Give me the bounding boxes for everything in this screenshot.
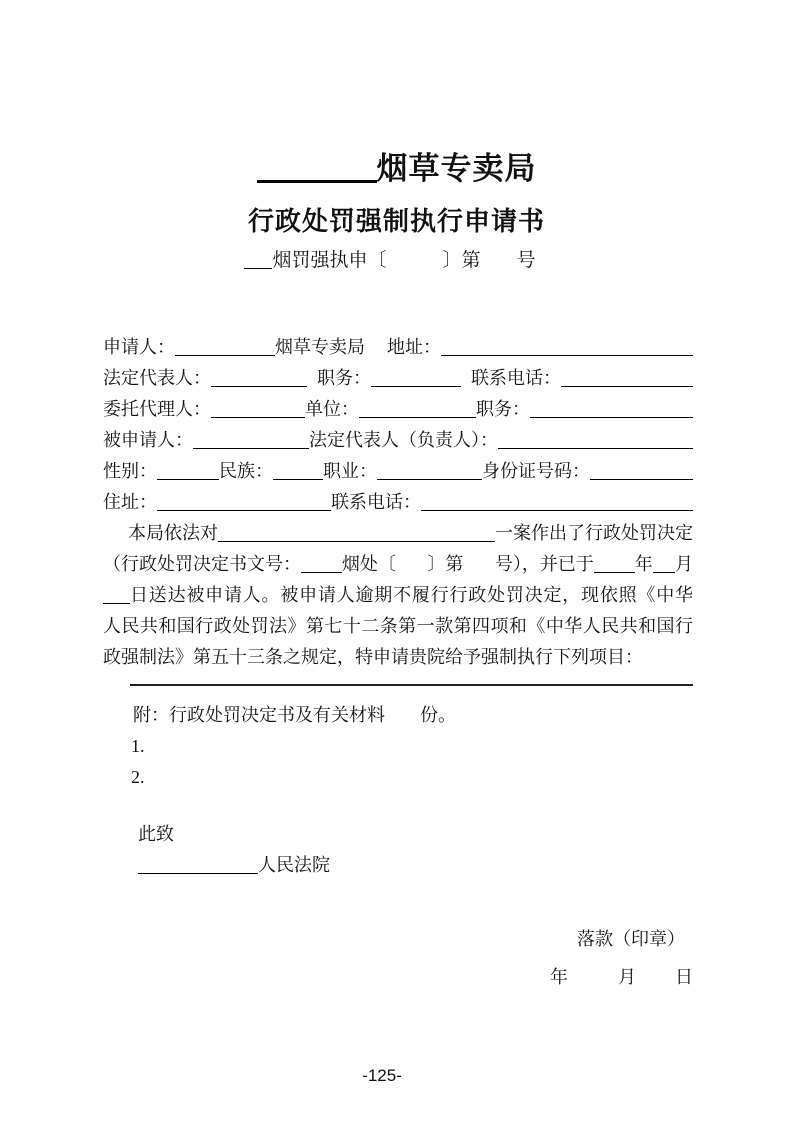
enforcement-items-rule (130, 684, 693, 686)
served-year-blank (594, 559, 635, 573)
date-year-label: 年 (550, 967, 568, 987)
court-label: 人民法院 (258, 850, 330, 881)
decision-doc-seg2: 〕第 (427, 549, 463, 580)
respondent-name-blank (193, 435, 309, 449)
form-line-personal: 性别： 民族： 职业： 身份证号码： (103, 456, 693, 487)
phone-label: 联系电话： (471, 363, 561, 394)
paragraph-line-5: 政强制法》第五十三条之规定，特申请贵院给予强制执行下列项目： (103, 642, 693, 673)
doc-number-blank (244, 268, 272, 269)
paragraph-line-3: 日送达被申请人。被申请人逾期不履行行政处罚决定，现依照《中华 (103, 580, 693, 611)
case-lead-text: 本局依法对 (128, 518, 218, 549)
occupation-blank (377, 466, 482, 480)
gender-blank (157, 466, 219, 480)
id-number-blank (590, 466, 693, 480)
position-blank (371, 373, 461, 387)
attachment-line: 附：行政处罚决定书及有关材料份。 (103, 700, 693, 731)
agent-position-blank (530, 404, 693, 418)
document-title-row: 烟草专卖局 (0, 148, 793, 190)
doc-number-row: 烟罚强执申〔〕第号 (0, 247, 780, 275)
address-blank (441, 342, 693, 356)
unit-label: 单位： (305, 394, 359, 425)
signature-date-line: 年月日 (103, 963, 693, 991)
respondent-label: 被申请人： (103, 425, 193, 456)
document-page: 烟草专卖局 行政处罚强制执行申请书 烟罚强执申〔〕第号 申请人： 烟草专卖局 地… (0, 0, 793, 1122)
residence-phone-blank (421, 497, 693, 511)
form-line-agent: 委托代理人： 单位： 职务： (103, 394, 693, 425)
decision-doc-seg1: 烟处〔 (342, 549, 396, 580)
signature-seal: 落款（印章） (103, 925, 693, 953)
doc-number-prefix: 烟罚强执申〔 (272, 250, 386, 271)
applicant-label: 申请人： (103, 332, 175, 363)
closing-court-line: 人民法院 (138, 850, 330, 881)
doc-number-suffix: 号 (517, 250, 536, 271)
ethnicity-blank (273, 466, 323, 480)
attachment-item-2: 2. (103, 762, 693, 793)
position-label: 职务： (317, 363, 371, 394)
legal-rep-label: 法定代表人： (103, 363, 211, 394)
document-subtitle: 行政处罚强制执行申请书 (0, 203, 793, 239)
paragraph-line-4: 人民共和国行政处罚法》第七十二条第一款第四项和《中华人民共和国行 (103, 611, 693, 642)
gender-label: 性别： (103, 456, 157, 487)
served-day-blank (103, 590, 130, 604)
respondent-rep-blank (498, 435, 693, 449)
residence-phone-label: 联系电话： (331, 487, 421, 518)
form-line-legal-rep: 法定代表人： 职务： 联系电话： (103, 363, 693, 394)
served-year-label: 年 (635, 549, 653, 580)
ethnicity-label: 民族： (219, 456, 273, 487)
served-month-label: 月 (675, 549, 693, 580)
applicant-name-blank (175, 342, 275, 356)
id-number-label: 身份证号码： (482, 456, 590, 487)
paragraph-line-3-text: 日送达被申请人。被申请人逾期不履行行政处罚决定，现依照《中华 (130, 580, 693, 611)
decision-doc-label: （行政处罚决定书文号： (103, 549, 301, 580)
decision-doc-blank (301, 559, 342, 573)
doc-number-mid: 〕第 (442, 250, 480, 271)
residence-label: 住址： (103, 487, 157, 518)
paragraph-line-1: 本局依法对 一案作出了行政处罚决定 (103, 518, 693, 549)
agent-label: 委托代理人： (103, 394, 211, 425)
form-line-applicant: 申请人： 烟草专卖局 地址： (103, 332, 693, 363)
paragraph-line-2: （行政处罚决定书文号： 烟处〔 〕第 号），并已于 年 月 (103, 549, 693, 580)
case-name-blank (218, 528, 495, 542)
attachment-label: 附：行政处罚决定书及有关材料 (133, 705, 385, 725)
form-line-residence: 住址： 联系电话： (103, 487, 693, 518)
attachment-unit: 份。 (420, 705, 456, 725)
case-tail-text: 一案作出了行政处罚决定 (495, 518, 693, 549)
title-org-text: 烟草专卖局 (377, 151, 537, 186)
form-line-respondent: 被申请人： 法定代表人（负责人）： (103, 425, 693, 456)
agent-position-label: 职务： (476, 394, 530, 425)
closing-salute: 此致 (103, 819, 693, 850)
decision-doc-seg3: 号），并已于 (495, 549, 594, 580)
unit-blank (359, 404, 476, 418)
phone-blank (561, 373, 693, 387)
residence-blank (157, 497, 331, 511)
court-name-blank (138, 860, 258, 874)
address-label: 地址： (387, 332, 441, 363)
respondent-rep-label: 法定代表人（负责人）： (309, 425, 498, 456)
attachment-item-1: 1. (103, 731, 693, 762)
agent-name-blank (211, 404, 305, 418)
title-org-blank (257, 180, 377, 183)
page-number: -125- (0, 1066, 764, 1086)
legal-rep-blank (211, 373, 307, 387)
applicant-org-text: 烟草专卖局 (275, 332, 365, 363)
served-month-blank (653, 559, 675, 573)
date-month-label: 月 (618, 967, 636, 987)
date-day-label: 日 (675, 967, 693, 987)
occupation-label: 职业： (323, 456, 377, 487)
